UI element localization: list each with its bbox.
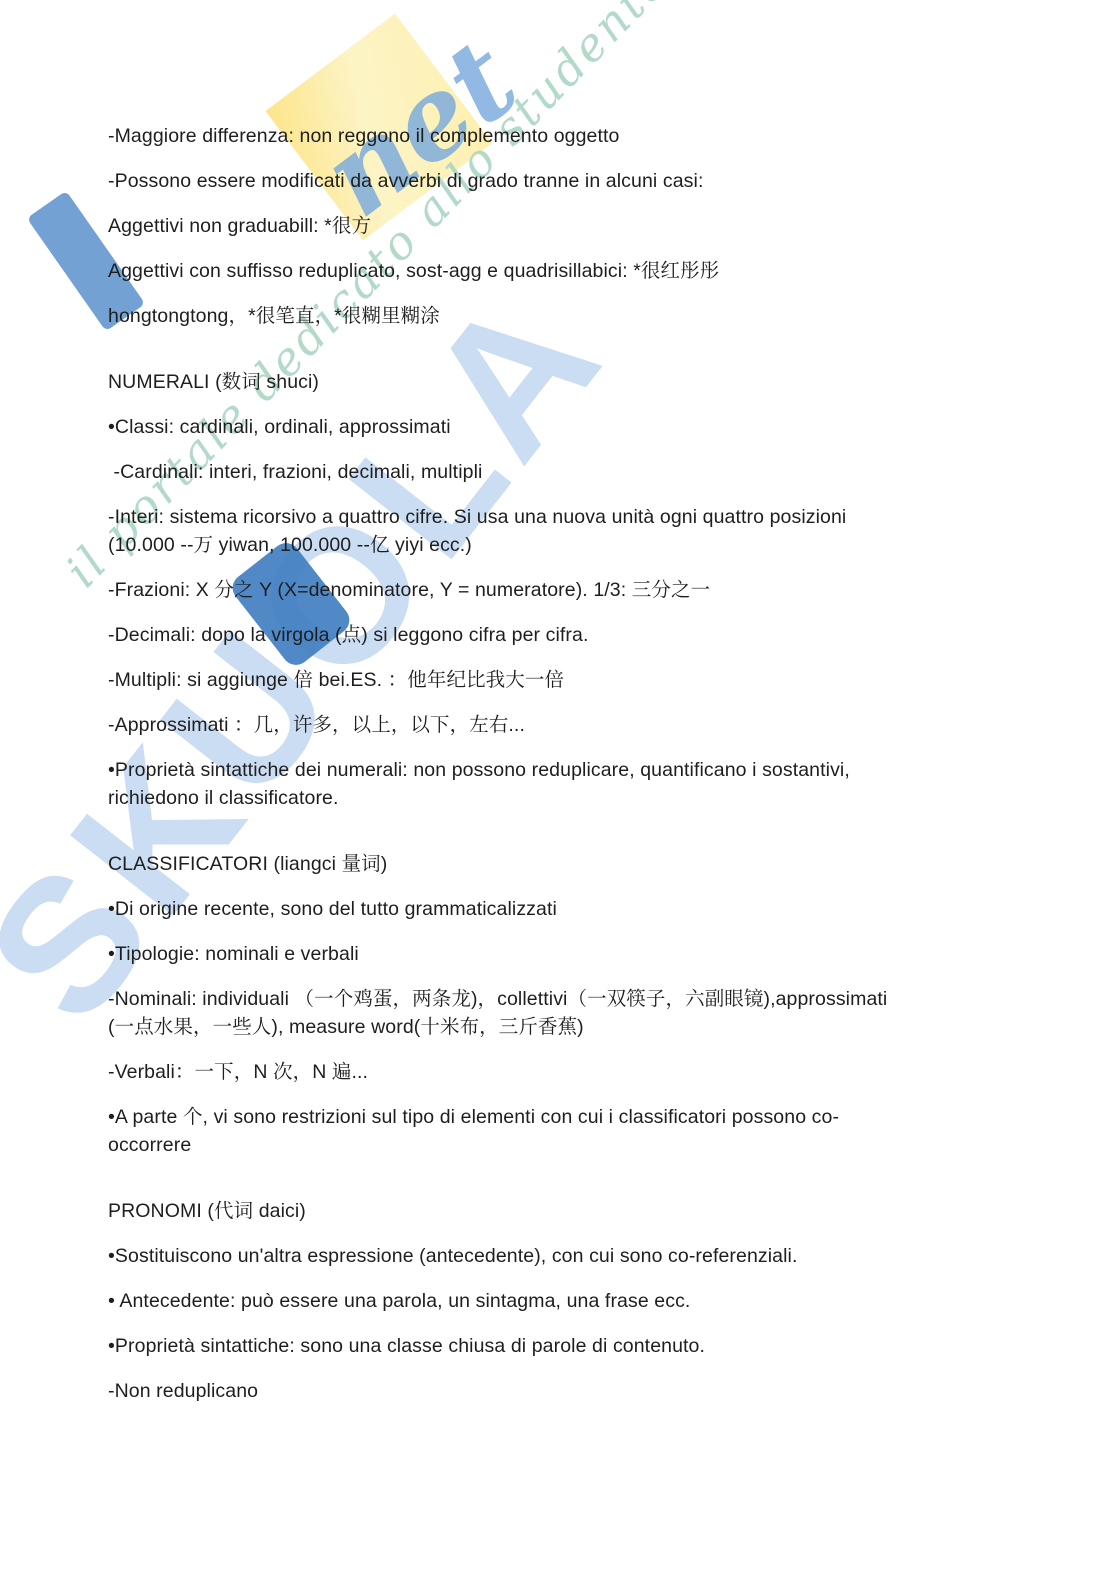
paragraph: -Frazioni: X 分之 Y (X=denominatore, Y = n… [108,576,1116,604]
section-heading: CLASSIFICATORI (liangci 量词) [108,850,1116,878]
paragraph: -Interi: sistema ricorsivo a quattro cif… [108,503,1116,559]
paragraph: •Di origine recente, sono del tutto gram… [108,895,1116,923]
paragraph: hongtongtong，*很笔直，*很糊里糊涂 [108,302,1116,330]
paragraph: -Verbali：一下，N 次，N 遍... [108,1058,1116,1086]
section-heading: PRONOMI (代词 daici) [108,1197,1116,1225]
paragraph: Aggettivi non graduabill: *很方 [108,212,1116,240]
paragraph: •Sostituiscono un'altra espressione (ant… [108,1242,1116,1270]
paragraph: -Nominali: individuali （一个鸡蛋，两条龙)，collet… [108,985,1116,1041]
paragraph: -Possono essere modificati da avverbi di… [108,167,1116,195]
document-body: -Maggiore differenza: non reggono il com… [0,0,1116,1422]
paragraph: • Antecedente: può essere una parola, un… [108,1287,1116,1315]
document-page: SKUOLA net il portale dedicato allo stud… [0,0,1116,1579]
paragraph: -Approssimati ：几，许多，以上，以下，左右... [108,711,1116,739]
paragraph: •Classi: cardinali, ordinali, approssima… [108,413,1116,441]
paragraph: •Proprietà sintattiche: sono una classe … [108,1332,1116,1360]
paragraph: -Decimali: dopo la virgola (点) si leggon… [108,621,1116,649]
paragraph: •A parte 个, vi sono restrizioni sul tipo… [108,1103,1116,1159]
section-heading: NUMERALI (数词 shuci) [108,368,1116,396]
paragraph: -Multipli: si aggiunge 倍 bei.ES. ：他年纪比我大… [108,666,1116,694]
paragraph: •Tipologie: nominali e verbali [108,940,1116,968]
paragraph: Aggettivi con suffisso reduplicato, sost… [108,257,1116,285]
paragraph: -Non reduplicano [108,1377,1116,1405]
paragraph: -Cardinali: interi, frazioni, decimali, … [108,458,1116,486]
paragraph: -Maggiore differenza: non reggono il com… [108,122,1116,150]
paragraph: •Proprietà sintattiche dei numerali: non… [108,756,1116,812]
